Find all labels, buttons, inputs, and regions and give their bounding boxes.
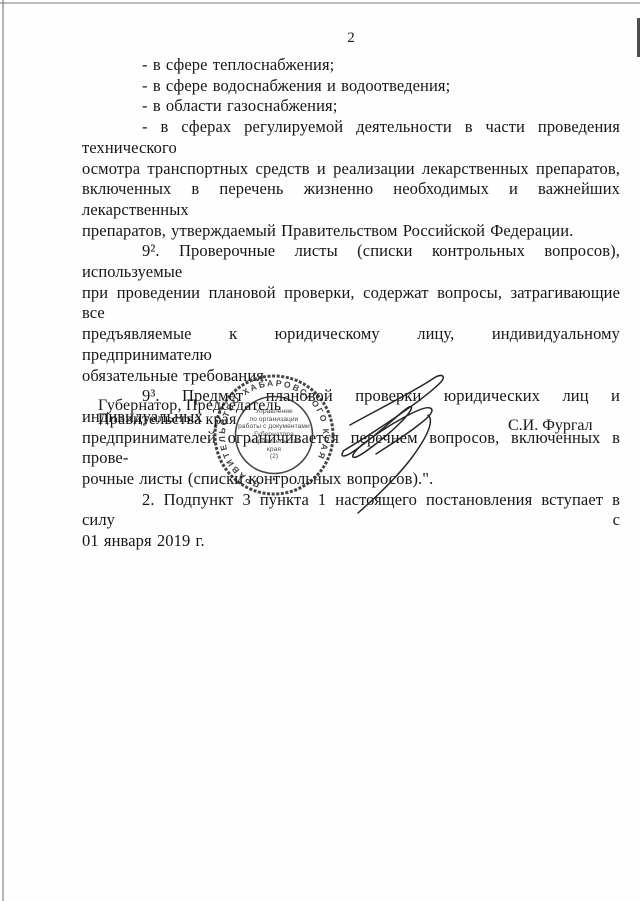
- scan-artifact-top-edge: [0, 2, 640, 4]
- body-line: - в сфере теплоснабжения;: [82, 55, 620, 76]
- scan-artifact-left-edge: [2, 0, 4, 901]
- body-line: предъявляемые к юридическому лицу, индив…: [82, 324, 620, 365]
- body-line: - в сферах регулируемой деятельности в ч…: [82, 117, 620, 158]
- stamp-center-line: края: [236, 446, 312, 454]
- body-line: 01 января 2019 г.: [82, 531, 620, 552]
- stamp-center-line: Губернатора: [236, 431, 312, 439]
- body-line: - в сфере водоснабжения и водоотведения;: [82, 76, 620, 97]
- body-line: осмотра транспортных средств и реализаци…: [82, 159, 620, 180]
- body-line: препаратов, утверждаемый Правительством …: [82, 221, 620, 242]
- signer-position-title: Губернатор, Председатель Правительства к…: [98, 399, 281, 427]
- body-line: - в области газоснабжения;: [82, 96, 620, 117]
- page-number: 2: [82, 30, 620, 47]
- stamp-ring-separator-dot: •: [272, 474, 275, 484]
- signer-position-line2: Правительства края: [98, 413, 281, 427]
- body-line: включенных в перечень жизненно необходим…: [82, 179, 620, 220]
- handwritten-signature: [330, 363, 455, 518]
- scanned-document-page: 2 - в сфере теплоснабжения; - в сфере во…: [0, 0, 640, 901]
- stamp-center-line: и Правительства: [236, 438, 312, 446]
- signer-name: С.И. Фургал: [508, 417, 593, 435]
- stamp-center-line: (2): [236, 453, 312, 461]
- official-round-stamp: ПРАВИТЕЛЬСТВО ХАБАРОВСКОГО КРАЯ • Управл…: [211, 372, 337, 498]
- body-line: при проведении плановой проверки, содерж…: [82, 283, 620, 324]
- body-line: 9². Проверочные листы (списки контрольны…: [82, 241, 620, 282]
